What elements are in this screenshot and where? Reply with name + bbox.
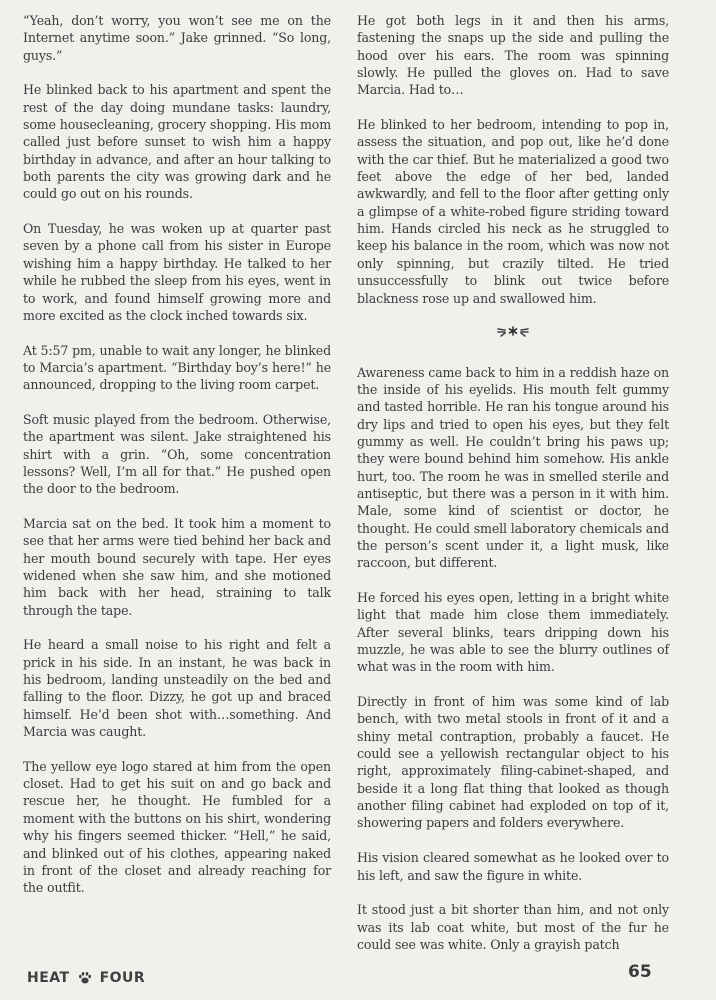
paragraph: He blinked back to his apartment and spe… xyxy=(23,81,331,202)
paragraph: “Yeah, don’t worry, you won’t see me on … xyxy=(23,12,331,64)
paragraph: He forced his eyes open, letting in a br… xyxy=(357,589,669,676)
right-column: He got both legs in it and then his arms… xyxy=(357,12,669,953)
paragraph: He heard a small noise to his right and … xyxy=(23,636,331,740)
publication-name-left: HEAT xyxy=(27,970,70,986)
paragraph: Soft music played from the bedroom. Othe… xyxy=(23,411,331,498)
paragraph: The yellow eye logo stared at him from t… xyxy=(23,758,331,897)
paw-print-icon xyxy=(78,971,92,985)
publication-footer: HEAT FOUR xyxy=(27,970,145,986)
left-column: “Yeah, don’t worry, you won’t see me on … xyxy=(23,12,331,897)
paragraph: Directly in front of him was some kind o… xyxy=(357,693,669,832)
page-number: 65 xyxy=(628,962,652,982)
paragraph: On Tuesday, he was woken up at quarter p… xyxy=(23,220,331,324)
paragraph: He got both legs in it and then his arms… xyxy=(357,12,669,99)
publication-name-right: FOUR xyxy=(100,970,146,986)
scene-break-ornament xyxy=(496,327,530,342)
ornament-icon xyxy=(496,324,530,338)
scene-break-ornament-icon xyxy=(357,324,669,343)
paragraph: Marcia sat on the bed. It took him a mom… xyxy=(23,515,331,619)
paragraph: It stood just a bit shorter than him, an… xyxy=(357,901,669,953)
paragraph: Awareness came back to him in a reddish … xyxy=(357,364,669,572)
paragraph: He blinked to her bedroom, intending to … xyxy=(357,116,669,307)
paragraph: At 5:57 pm, unable to wait any longer, h… xyxy=(23,342,331,394)
paragraph: His vision cleared somewhat as he looked… xyxy=(357,849,669,884)
